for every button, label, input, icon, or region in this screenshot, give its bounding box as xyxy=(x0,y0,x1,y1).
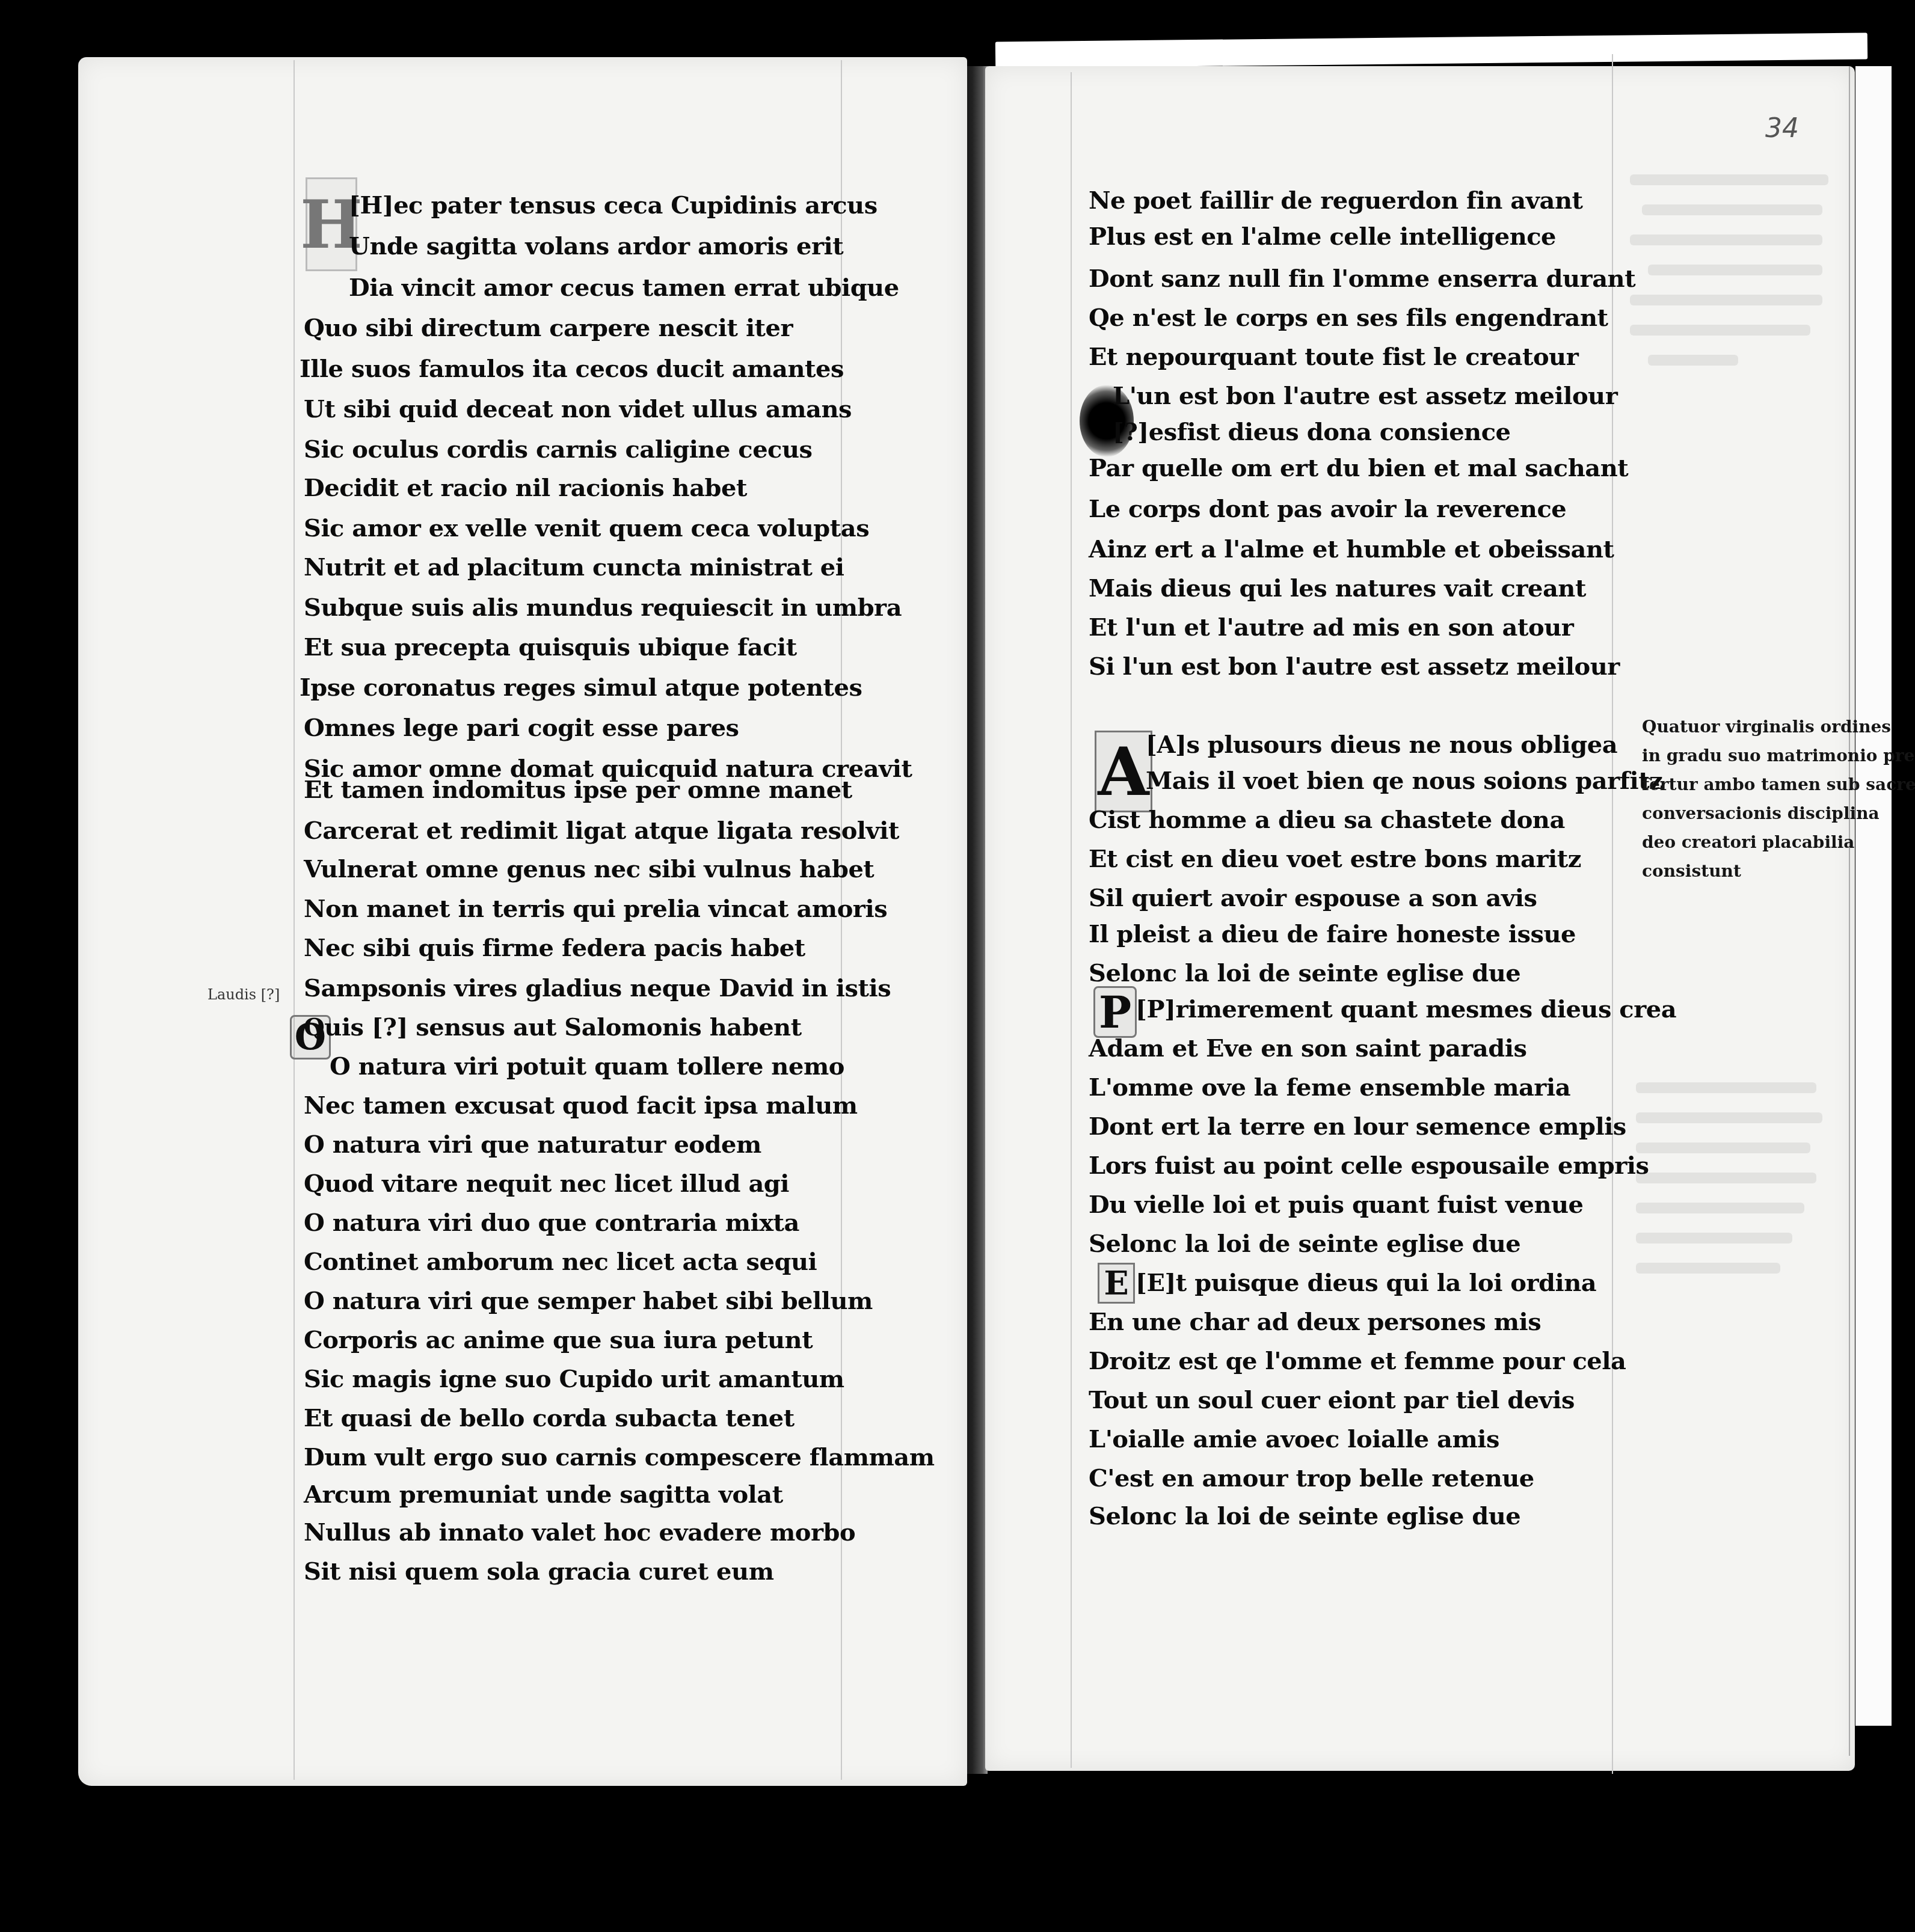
gloss-line: conversacionis disciplina xyxy=(1642,803,1880,823)
verse-line: O natura viri duo que contraria mixta xyxy=(304,1209,799,1237)
gloss-line: Quatuor virginalis ordines xyxy=(1642,717,1891,737)
verse-line: Dia vincit amor cecus tamen errat ubique xyxy=(349,274,899,302)
decorated-initial-p: P xyxy=(1093,986,1137,1038)
verse-line: Et sua precepta quisquis ubique facit xyxy=(304,633,797,661)
outer-edge-ruling xyxy=(1849,66,1850,1756)
verse-line: Et cist en dieu voet estre bons maritz xyxy=(1089,845,1581,873)
verse-line: Mais dieus qui les natures vait creant xyxy=(1089,574,1586,603)
verse-line: Sil quiert avoir espouse a son avis xyxy=(1089,884,1537,912)
gloss-line: consistunt xyxy=(1642,861,1741,881)
verse-line: Ut sibi quid deceat non videt ullus aman… xyxy=(304,395,852,423)
verse-line: Quo sibi directum carpere nescit iter xyxy=(304,314,793,342)
verse-line: Le corps dont pas avoir la reverence xyxy=(1089,495,1566,523)
right-margin-ruling xyxy=(1071,72,1072,1768)
verse-line: Quis [?] sensus aut Salomonis habent xyxy=(304,1013,802,1041)
verse-line: Quod vitare nequit nec licet illud agi xyxy=(304,1170,789,1198)
verse-line: Ne poet faillir de reguerdon fin avant xyxy=(1089,186,1583,215)
verse-line: Non manet in terris qui prelia vincat am… xyxy=(304,895,887,923)
decorated-initial-e: E xyxy=(1098,1263,1135,1304)
verse-line: Cist homme a dieu sa chastete dona xyxy=(1089,806,1565,834)
gloss-line: fertur ambo tamen sub sacre xyxy=(1642,774,1915,794)
verse-line: [E]t puisque dieus qui la loi ordina xyxy=(1136,1269,1596,1297)
verse-line: O natura viri que naturatur eodem xyxy=(304,1130,761,1159)
verse-line: Et nepourquant toute fist le creatour xyxy=(1089,343,1578,371)
left-margin-ruling xyxy=(294,60,295,1780)
verse-line: Ainz ert a l'alme et humble et obeissant xyxy=(1089,535,1614,563)
verse-line: Qe n'est le corps en ses fils engendrant xyxy=(1089,304,1608,332)
gloss-line: in gradu suo matrimonio pre xyxy=(1642,746,1914,765)
gloss-line: deo creatori placabilia xyxy=(1642,832,1855,852)
verse-line: Il pleist a dieu de faire honeste issue xyxy=(1089,920,1576,948)
verse-line: Unde sagitta volans ardor amoris erit xyxy=(349,232,843,260)
verse-line: C'est en amour trop belle retenue xyxy=(1089,1464,1534,1492)
verse-line: Vulnerat omne genus nec sibi vulnus habe… xyxy=(304,855,874,883)
margin-note: Laudis [?] xyxy=(207,986,280,1003)
verse-line: L'omme ove la feme ensemble maria xyxy=(1089,1073,1570,1102)
verse-line: [?]esfist dieus dona consience xyxy=(1113,418,1510,446)
verse-line: Ille suos famulos ita cecos ducit amante… xyxy=(300,355,844,383)
verse-line: O natura viri que semper habet sibi bell… xyxy=(304,1287,873,1315)
verse-line: Ipse coronatus reges simul atque potente… xyxy=(300,673,862,702)
verse-line: Nec sibi quis firme federa pacis habet xyxy=(304,934,805,962)
protective-strip xyxy=(995,32,1867,68)
verse-line: Sampsonis vires gladius neque David in i… xyxy=(304,974,891,1002)
verse-line: Dont sanz null fin l'omme enserra durant xyxy=(1089,265,1635,293)
verse-line: Dont ert la terre en lour semence emplis xyxy=(1089,1112,1626,1141)
verse-line: Omnes lege pari cogit esse pares xyxy=(304,714,739,742)
verse-line: Si l'un est bon l'autre est assetz meilo… xyxy=(1089,652,1620,681)
verse-line: Decidit et racio nil racionis habet xyxy=(304,474,747,502)
verse-line: Nullus ab innato valet hoc evadere morbo xyxy=(304,1518,855,1547)
verse-line: Sic magis igne suo Cupido urit amantum xyxy=(304,1365,844,1393)
verse-line: Du vielle loi et puis quant fuist venue xyxy=(1089,1191,1584,1219)
verse-line: Tout un soul cuer eiont par tiel devis xyxy=(1089,1386,1575,1414)
verse-line: Mais il voet bien qe nous soions parfitz xyxy=(1146,767,1662,795)
verse-line: Et quasi de bello corda subacta tenet xyxy=(304,1404,795,1432)
decorated-initial-a: A xyxy=(1095,731,1152,812)
verse-line: Continet amborum nec licet acta sequi xyxy=(304,1248,817,1276)
verse-line: En une char ad deux persones mis xyxy=(1089,1308,1541,1336)
verse-line: Et tamen indomitus ipse per omne manet xyxy=(304,776,852,804)
verse-line: Lors fuist au point celle espousaile emp… xyxy=(1089,1152,1649,1180)
verse-line: Selonc la loi de seinte eglise due xyxy=(1089,959,1520,987)
verse-line: L'un est bon l'autre est assetz meilour xyxy=(1113,382,1617,410)
verse-line: Par quelle om ert du bien et mal sachant xyxy=(1089,454,1628,482)
verse-line: Subque suis alis mundus requiescit in um… xyxy=(304,593,902,622)
verse-line: Selonc la loi de seinte eglise due xyxy=(1089,1230,1520,1258)
verse-line: Et l'un et l'autre ad mis en son atour xyxy=(1089,613,1573,642)
verse-line: Nec tamen excusat quod facit ipsa malum xyxy=(304,1091,858,1120)
verse-line: Selonc la loi de seinte eglise due xyxy=(1089,1502,1520,1530)
verse-line: L'oialle amie avoec loialle amis xyxy=(1089,1425,1499,1453)
verse-line: Carcerat et redimit ligat atque ligata r… xyxy=(304,817,899,845)
right-column-ruling xyxy=(1612,54,1613,1774)
verse-line: Sit nisi quem sola gracia curet eum xyxy=(304,1557,773,1586)
verse-line: [P]rimerement quant mesmes dieus crea xyxy=(1136,995,1676,1023)
verse-line: Sic amor ex velle venit quem ceca volupt… xyxy=(304,514,869,542)
verse-line: Arcum premuniat unde sagitta volat xyxy=(304,1480,783,1509)
verse-line: Adam et Eve en son saint paradis xyxy=(1089,1034,1526,1063)
right-page-edge xyxy=(1855,66,1892,1726)
folio-number: 34 xyxy=(1765,113,1799,144)
verse-line: Plus est en l'alme celle intelligence xyxy=(1089,222,1556,251)
verse-line: [H]ec pater tensus ceca Cupidinis arcus xyxy=(349,191,878,219)
verse-line: [A]s plusours dieus ne nous obligea xyxy=(1146,731,1617,759)
verse-line: Sic oculus cordis carnis caligine cecus xyxy=(304,435,813,464)
verse-line: Nutrit et ad placitum cuncta ministrat e… xyxy=(304,553,844,581)
verse-line: Dum vult ergo suo carnis compescere flam… xyxy=(304,1443,935,1471)
verse-line: Corporis ac anime que sua iura petunt xyxy=(304,1326,813,1354)
verse-line: O natura viri potuit quam tollere nemo xyxy=(330,1052,844,1081)
verse-line: Droitz est qe l'omme et femme pour cela xyxy=(1089,1347,1626,1375)
